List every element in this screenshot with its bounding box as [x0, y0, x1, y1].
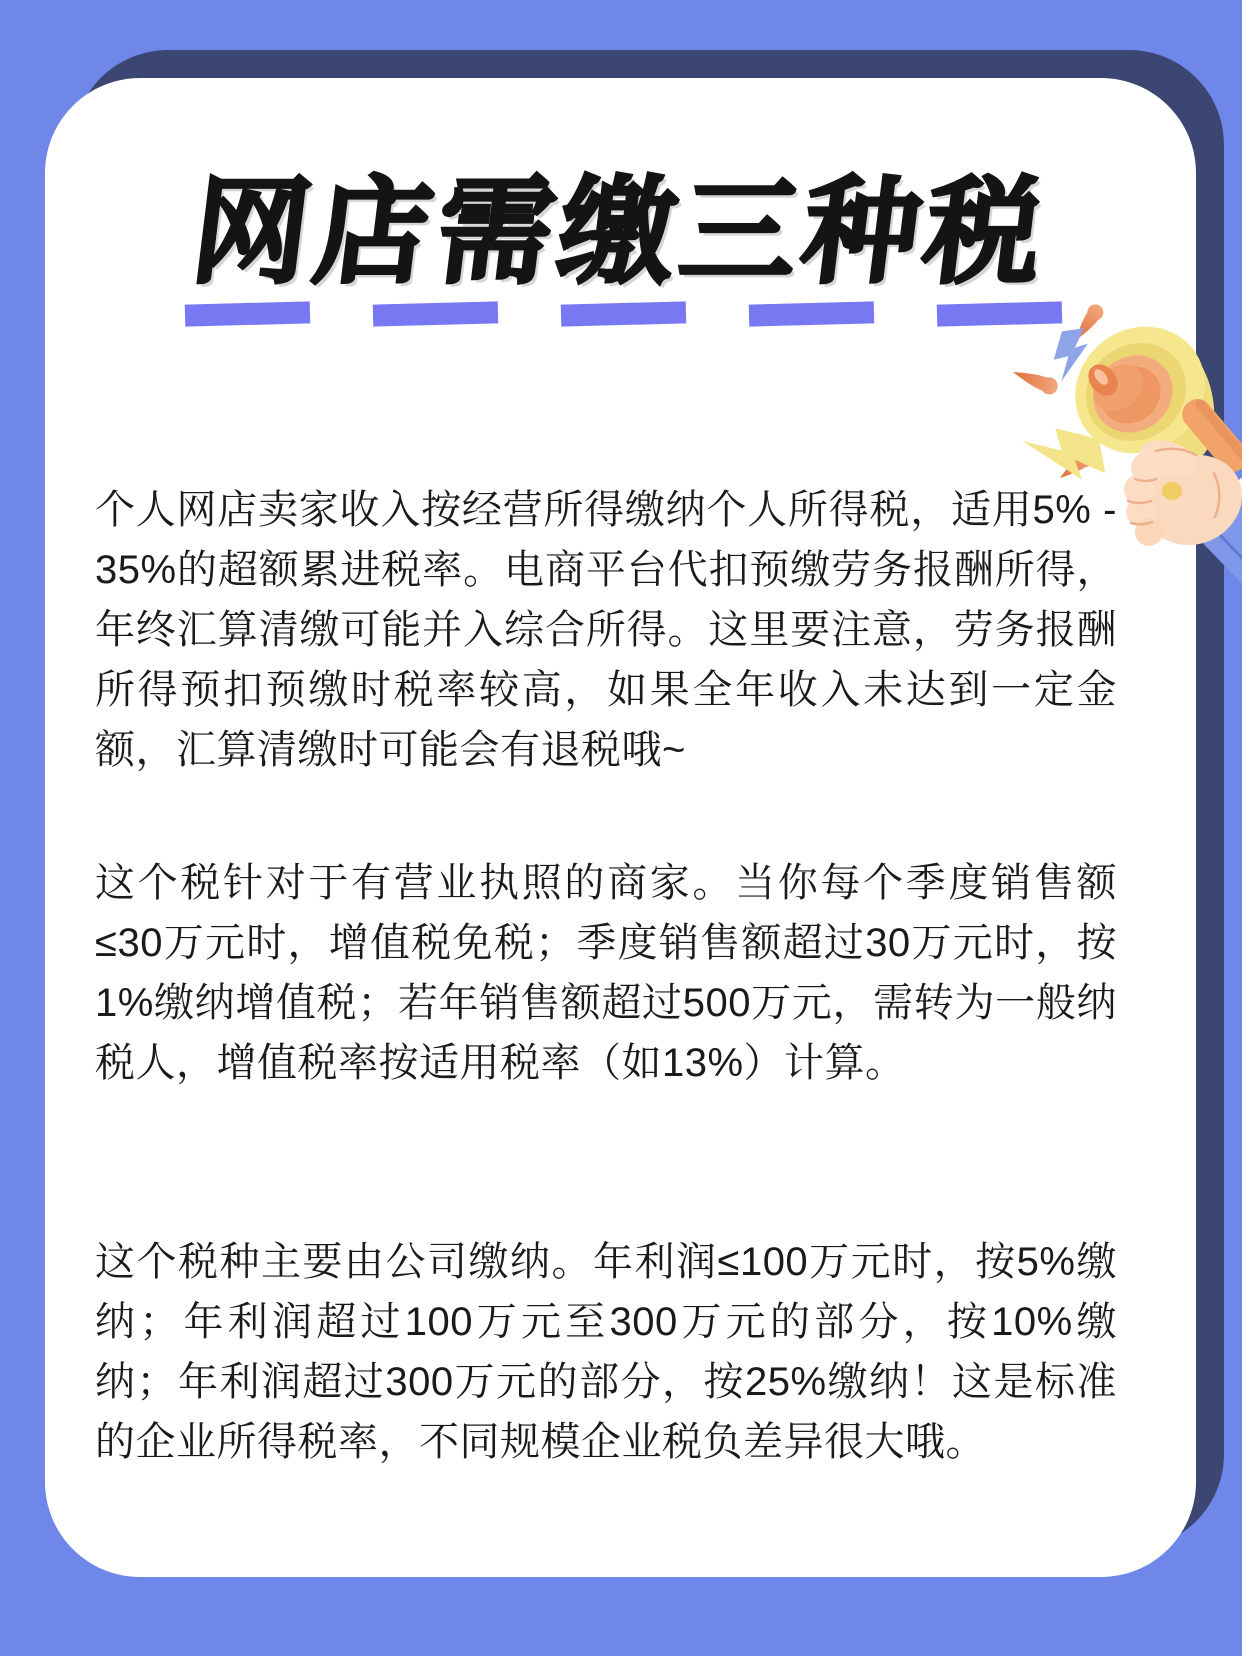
paragraph-vat: 这个税针对于有营业执照的商家。当你每个季度销售额≤30万元时，增值税免税；季度销…	[95, 853, 1117, 1093]
underline-dash	[749, 301, 875, 326]
underline-dash	[373, 301, 499, 326]
spark-left-icon	[1010, 364, 1060, 397]
poster: 网店需缴三种税 个人网店卖家收入按经营所得缴纳个人所得税，适用5% - 35%的…	[0, 0, 1242, 1656]
underline-dash	[185, 301, 311, 326]
title-underline	[185, 303, 1062, 325]
page-title: 网店需缴三种税	[38, 174, 1203, 290]
megaphone-illustration	[950, 293, 1242, 588]
underline-dash	[561, 301, 687, 326]
paragraph-corporate-income-tax: 这个税种主要由公司缴纳。年利润≤100万元时，按5%缴纳；年利润超过100万元至…	[95, 1232, 1117, 1472]
